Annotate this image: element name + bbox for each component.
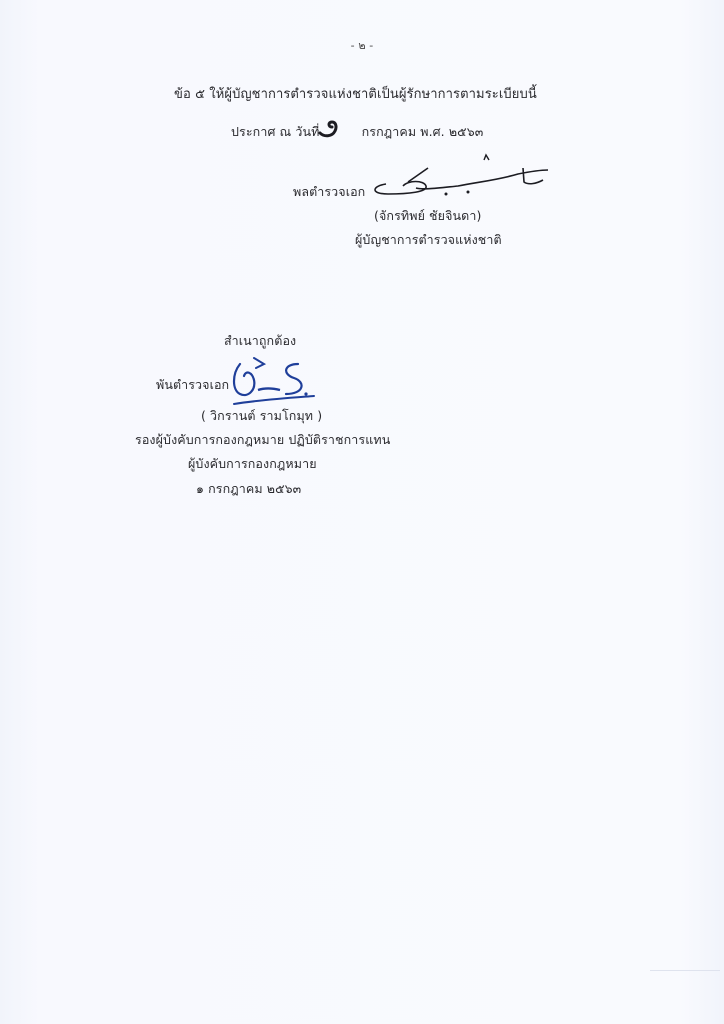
signature-main	[368, 152, 568, 202]
certifier-position-line1: รองผู้บังคับการกองกฎหมาย ปฏิบัติราชการแท…	[135, 432, 390, 448]
certified-copy-date: ๑ กรกฎาคม ๒๕๖๓	[196, 481, 301, 497]
page-number: - ๒ -	[351, 38, 374, 54]
certifier-rank: พันตำรวจเอก	[156, 377, 229, 393]
certifier-position-line2: ผู้บังคับการกองกฎหมาย	[188, 456, 317, 472]
clause-text: ข้อ ๕ ให้ผู้บัญชาการตำรวจแห่งชาติเป็นผู้…	[174, 87, 537, 103]
announcement-date-line: ประกาศ ณ วันที่ กรกฎาคม พ.ศ. ๒๕๖๓	[231, 124, 483, 140]
signature-certifier	[228, 350, 328, 408]
handwritten-day-mark	[318, 117, 340, 139]
certified-copy-label: สำเนาถูกต้อง	[224, 333, 296, 349]
signatory-rank: พลตำรวจเอก	[293, 184, 365, 200]
scan-artifact-line	[650, 970, 720, 971]
certifier-name: ( วิกรานต์ รามโกมุท )	[201, 408, 322, 424]
signatory-name: (จักรทิพย์ ชัยจินดา)	[374, 208, 481, 224]
announcement-suffix: กรกฎาคม พ.ศ. ๒๕๖๓	[362, 124, 484, 139]
signatory-position: ผู้บัญชาการตำรวจแห่งชาติ	[355, 232, 502, 248]
announcement-prefix: ประกาศ ณ วันที่	[231, 124, 319, 139]
document-page: - ๒ - ข้อ ๕ ให้ผู้บัญชาการตำรวจแห่งชาติเ…	[0, 0, 724, 1024]
